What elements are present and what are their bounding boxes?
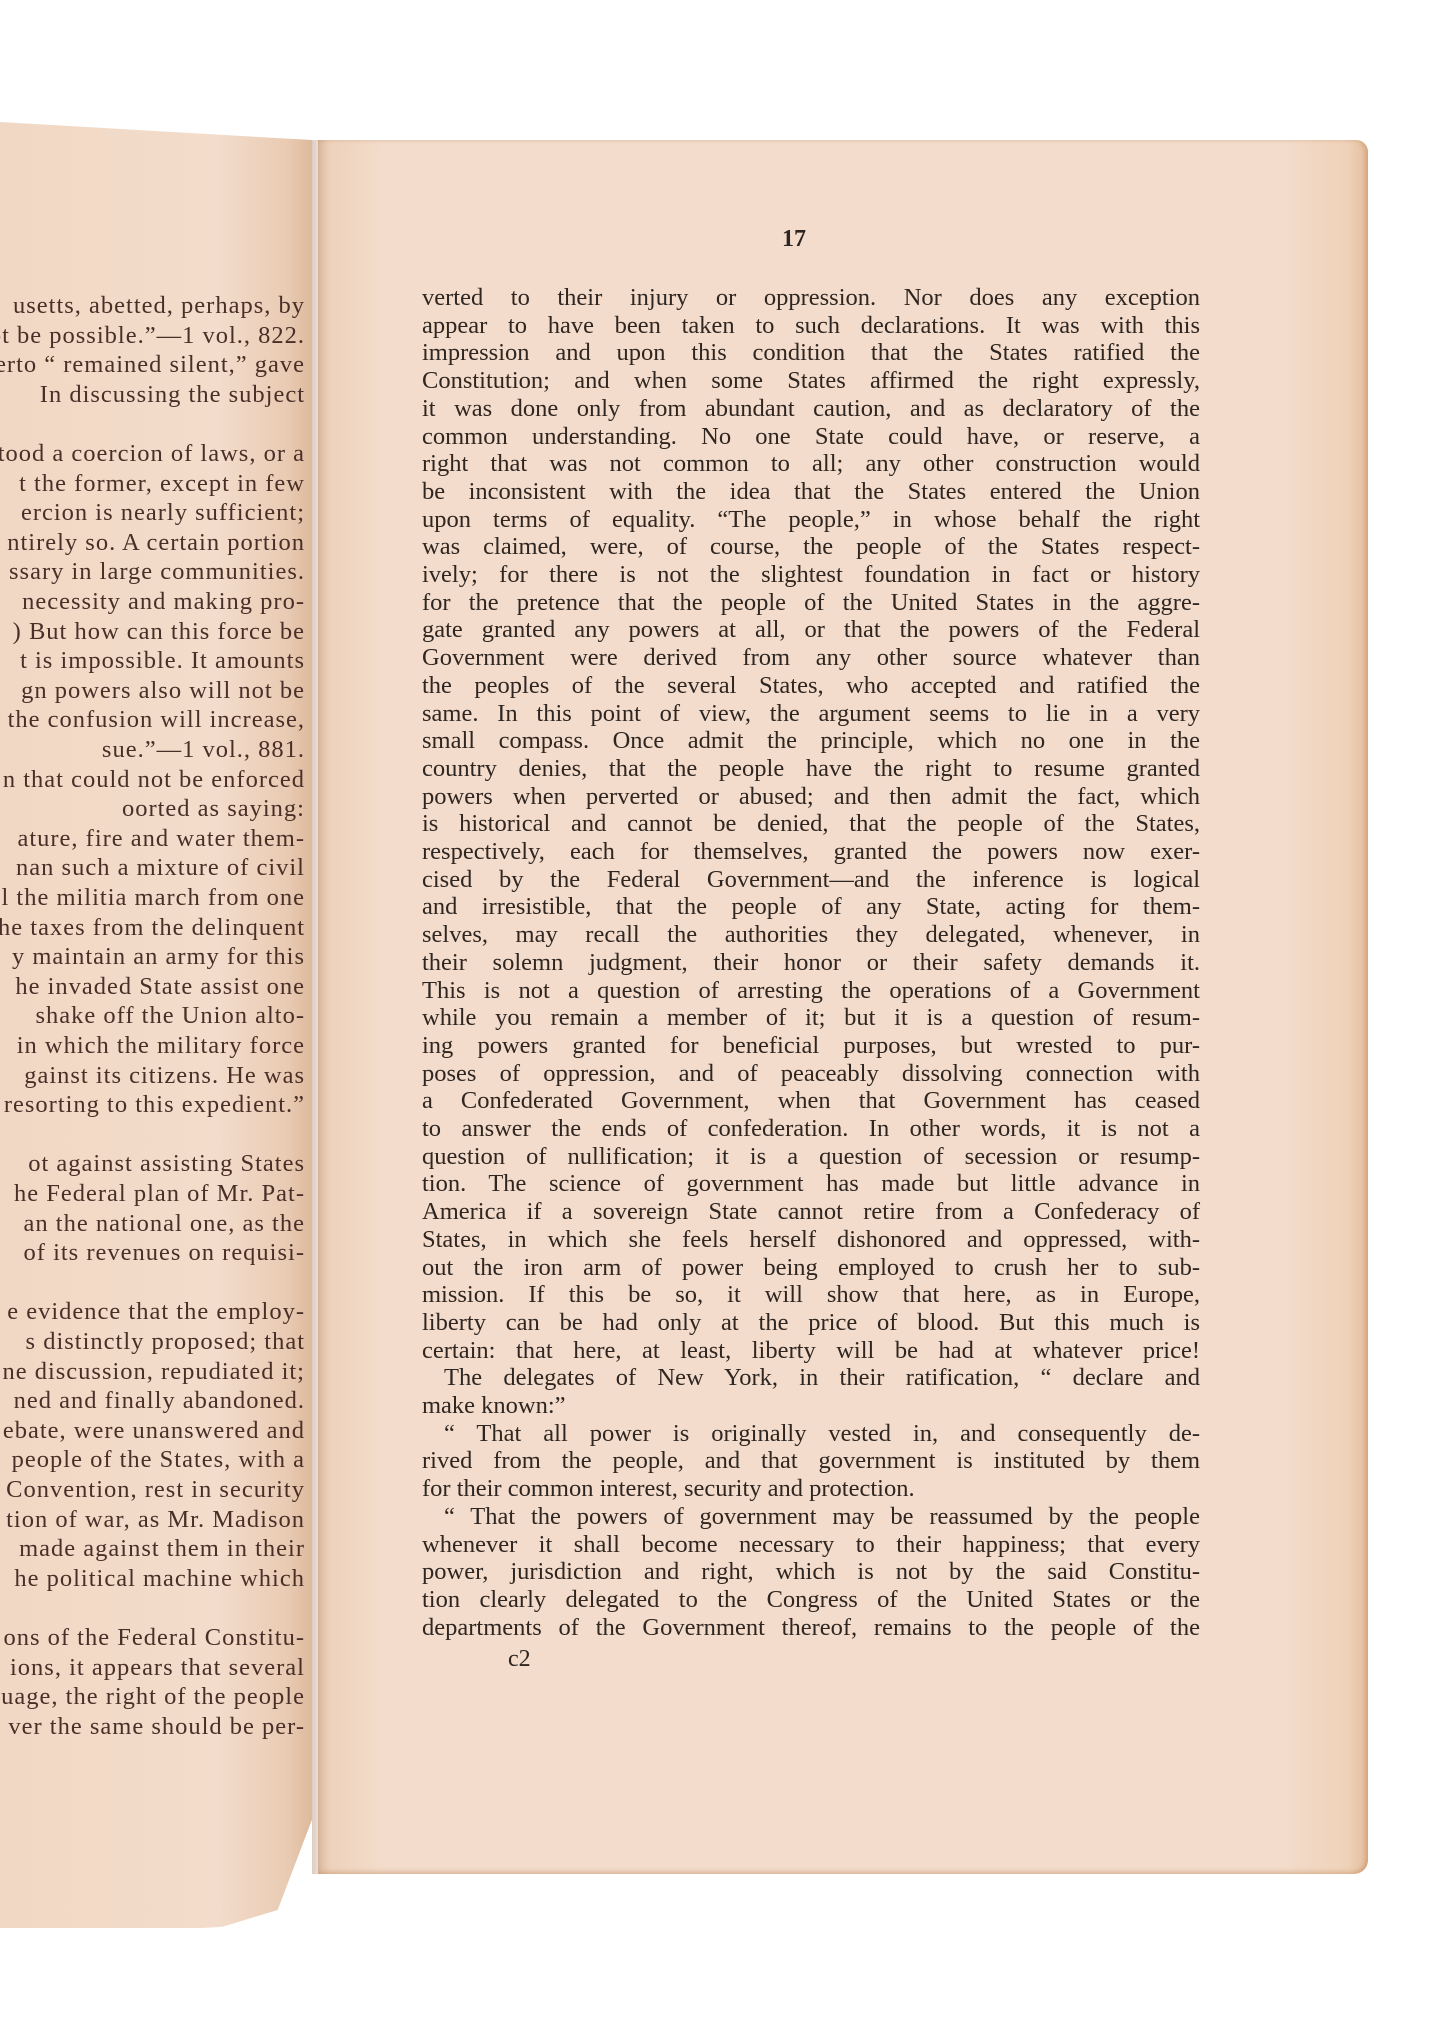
right-page-line: appear to have been taken to such declar… [422,312,1200,339]
left-page-line: s distinctly proposed; that [26,1328,305,1355]
right-page-line: “ That the powers of government may be r… [422,1503,1200,1530]
right-page-line: ively; for there is not the slightest fo… [422,561,1200,588]
right-page-line: departments of the Government thereof, r… [422,1614,1200,1641]
right-page-line: was claimed, were, of course, the people… [422,533,1200,560]
left-page-line: tood a coercion of laws, or a [0,440,305,467]
left-page-line: in which the military force [17,1032,305,1059]
left-page-line: of its revenues on requisi- [24,1239,305,1266]
left-page-line: ions, it appears that several [10,1654,305,1681]
left-page-line: ebate, were unanswered and [3,1417,305,1444]
left-page-line: he Federal plan of Mr. Pat- [14,1180,305,1207]
left-page-line: necessity and making pro- [22,588,305,615]
right-page-line: small compass. Once admit the principle,… [422,727,1200,754]
right-page-line: for their common interest, security and … [422,1475,1200,1502]
right-page-line: liberty can be had only at the price of … [422,1309,1200,1336]
page-number: 17 [782,226,806,253]
right-page-line: be inconsistent with the idea that the S… [422,478,1200,505]
right-page-line: whenever it shall become necessary to th… [422,1531,1200,1558]
right-page-line: cised by the Federal Government—and the … [422,866,1200,893]
right-page-line: America if a sovereign State cannot reti… [422,1198,1200,1225]
left-page-line: tion of war, as Mr. Madison [6,1506,305,1533]
right-page-line: Government were derived from any other s… [422,644,1200,671]
right-page-line: verted to their injury or oppression. No… [422,284,1200,311]
left-page-line: people of the States, with a [12,1446,305,1473]
left-page-line: ssary in large communities. [9,558,305,585]
right-page-line: powers when perverted or abused; and the… [422,783,1200,810]
left-page-line: ) But how can this force be [13,618,305,645]
left-page-line: , the confusion will increase, [0,706,305,733]
left-page-line: sue.”—1 vol., 881. [102,736,305,763]
left-page-line: gn powers also will not be [21,677,305,704]
left-page-line: made against them in their [19,1535,305,1562]
left-page-line: ver the same should be per- [8,1713,305,1740]
right-page-line: respectively, each for themselves, grant… [422,838,1200,865]
right-page-line: States, in which she feels herself disho… [422,1226,1200,1253]
right-page-line: poses of oppression, and of peaceably di… [422,1060,1200,1087]
right-page-line: it was done only from abundant caution, … [422,395,1200,422]
right-page-line: certain: that here, at least, liberty wi… [422,1337,1200,1364]
right-page-line: power, jurisdiction and right, which is … [422,1558,1200,1585]
right-page-line: ing powers granted for beneficial purpos… [422,1032,1200,1059]
right-page-line: while you remain a member of it; but it … [422,1004,1200,1031]
right-page-line: This is not a question of arresting the … [422,977,1200,1004]
right-page-line: same. In this point of view, the argumen… [422,700,1200,727]
left-page-line: ot against assisting States [28,1150,305,1177]
gutter-shadow [312,140,330,1874]
left-page-line: ercion is nearly sufficient; [21,499,305,526]
right-page-line: and irresistible, that the people of any… [422,893,1200,920]
left-page-line: n that could not be enforced [3,766,305,793]
left-page-line: he invaded State assist one [15,973,305,1000]
left-page-line: ntirely so. A certain portion [7,529,305,556]
right-page-line: is historical and cannot be denied, that… [422,810,1200,837]
right-page-line: common understanding. No one State could… [422,423,1200,450]
right-page-line: country denies, that the people have the… [422,755,1200,782]
left-page-line: usetts, abetted, perhaps, by [13,292,305,319]
right-page-line: upon terms of equality. “The people,” in… [422,506,1200,533]
left-page-line: nan such a mixture of civil [16,854,305,881]
left-page-line: ature, fire and water them- [17,825,305,852]
left-page-line: l the militia march from one [1,884,305,911]
right-page-line: their solemn judgment, their honor or th… [422,949,1200,976]
left-page-line: ne discussion, repudiated it; [2,1358,305,1385]
right-page-line: question of nullification; it is a quest… [422,1143,1200,1170]
right-page-line: right that was not common to all; any ot… [422,450,1200,477]
left-page-line: ons of the Federal Constitu- [3,1624,305,1651]
left-page-line: the taxes from the delinquent [0,914,305,941]
right-page-line: to answer the ends of confederation. In … [422,1115,1200,1142]
left-page-line: erto “ remained silent,” gave [0,351,305,378]
right-page-line: “ That all power is originally vested in… [422,1420,1200,1447]
left-page-line: t is impossible. It amounts [20,647,305,674]
right-page-line: tion clearly delegated to the Congress o… [422,1586,1200,1613]
left-page-line: ot be possible.”—1 vol., 822. [0,322,305,349]
left-page-line: gainst its citizens. He was [24,1062,305,1089]
right-page-line: gate granted any powers at all, or that … [422,616,1200,643]
right-page-line: the peoples of the several States, who a… [422,672,1200,699]
left-page-line: resorting to this expedient.” [4,1091,305,1118]
right-page-line: make known:” [422,1392,1200,1419]
right-page-line: Constitution; and when some States affir… [422,367,1200,394]
right-page-line: a Confederated Government, when that Gov… [422,1087,1200,1114]
right-page-line: The delegates of New York, in their rati… [422,1364,1200,1391]
right-page-line: for the pretence that the people of the … [422,589,1200,616]
right-page-line: impression and upon this condition that … [422,339,1200,366]
left-page-line: Convention, rest in security [6,1476,305,1503]
right-page-line: out the iron arm of power being employed… [422,1254,1200,1281]
left-page-line: ned and finally abandoned. [14,1387,305,1414]
left-page-line: t the former, except in few [19,470,305,497]
right-page-line: rived from the people, and that governme… [422,1447,1200,1474]
left-page-line: oorted as saying: [122,795,305,822]
signature-mark: c2 [508,1646,531,1673]
right-page-line: mission. If this be so, it will show tha… [422,1281,1200,1308]
left-page-line: shake off the Union alto- [36,1002,306,1029]
right-page-line: tion. The science of government has made… [422,1170,1200,1197]
right-page-line: selves, may recall the authorities they … [422,921,1200,948]
left-page-line: In discussing the subject [40,381,305,408]
left-page-line: he political machine which [14,1565,305,1592]
left-page-line: e evidence that the employ- [7,1298,305,1325]
left-page-line: an the national one, as the [24,1210,305,1237]
left-page-line: y maintain an army for this [12,943,305,970]
left-page-line: uage, the right of the people [1,1683,305,1710]
